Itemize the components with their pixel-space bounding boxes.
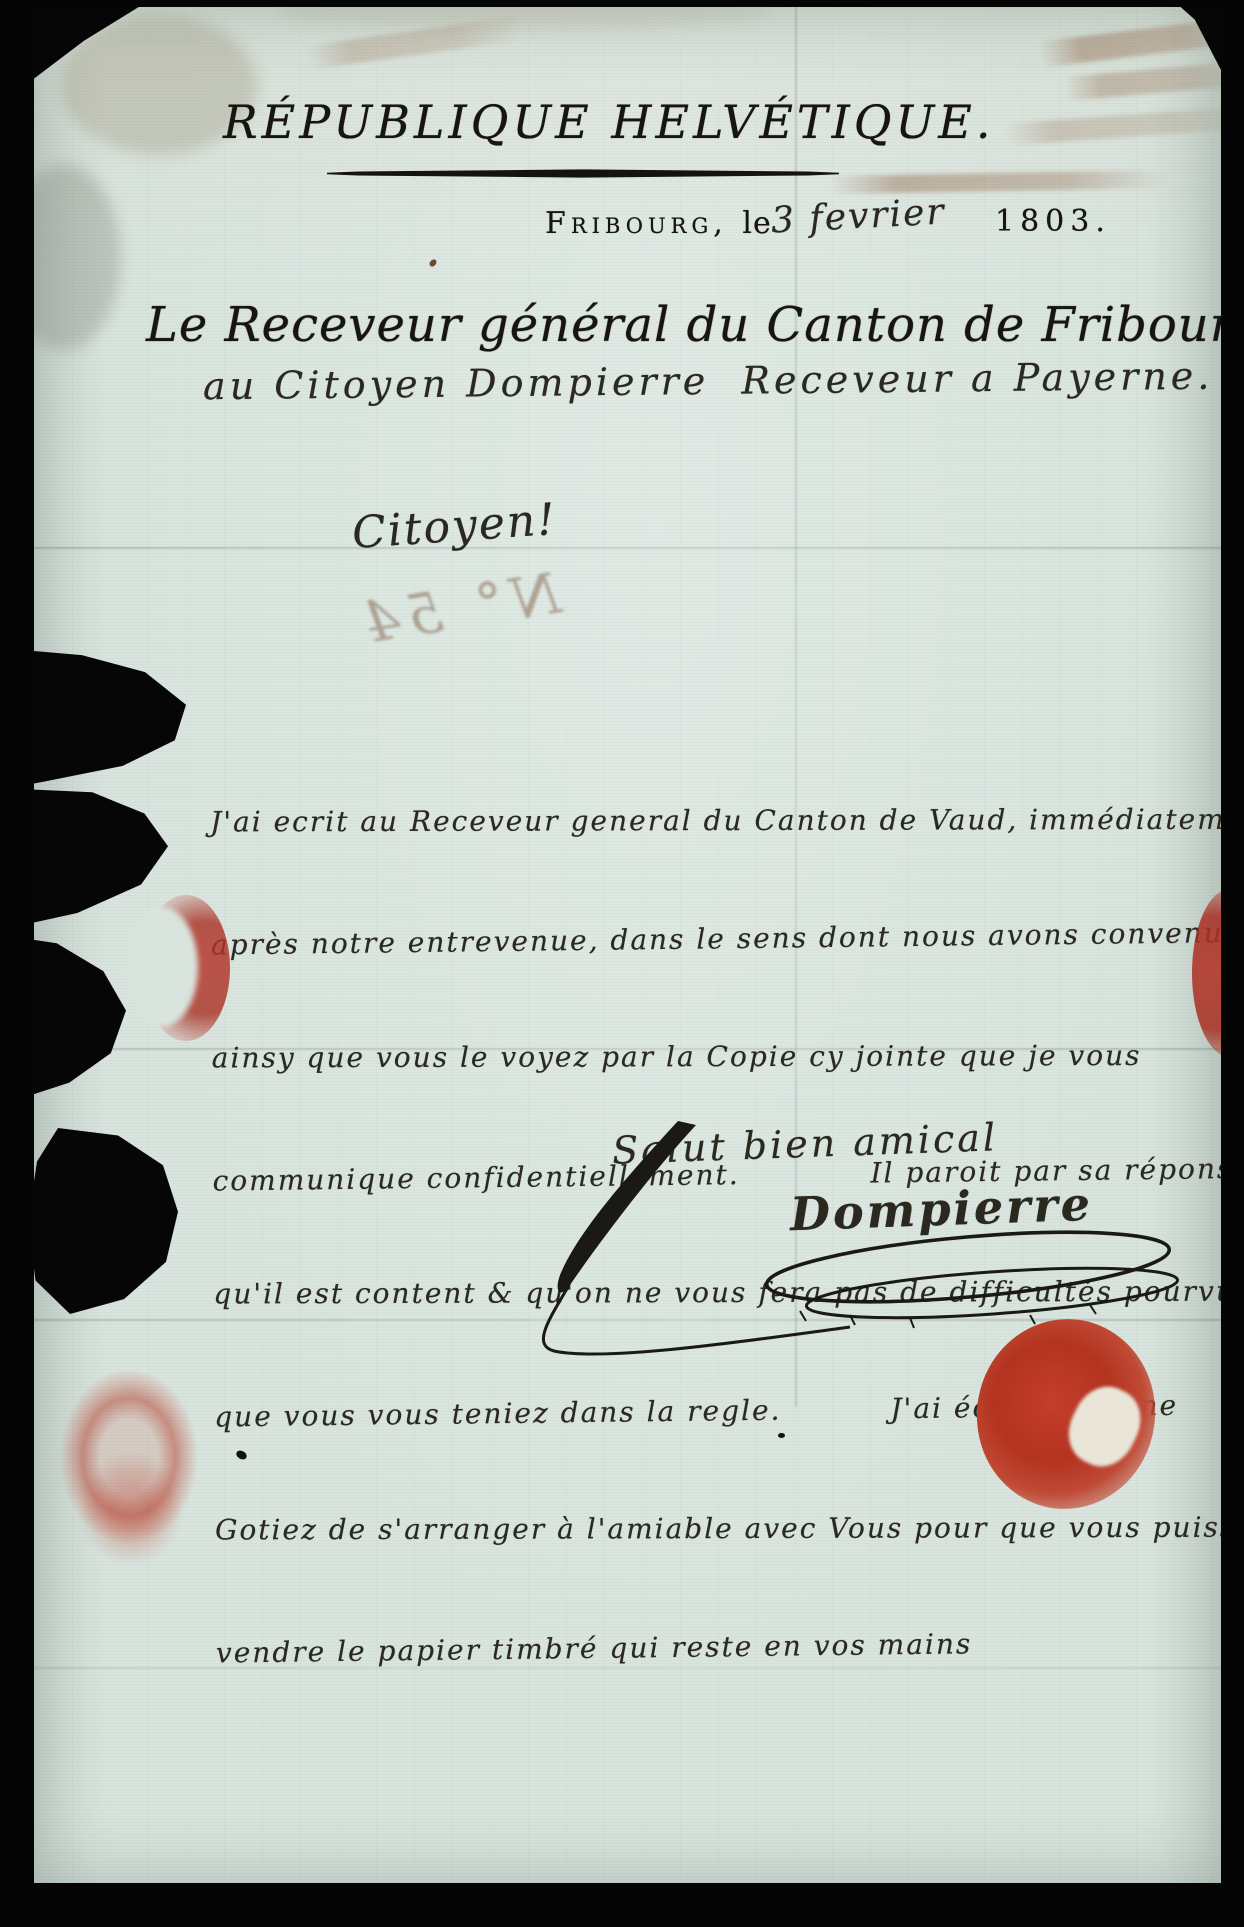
- letterhead-title: RÉPUBLIQUE HELVÉTIQUE.: [223, 95, 993, 149]
- body-line: vendre le papier timbré qui reste en vos…: [216, 1614, 1221, 1679]
- stain-top-edge: [274, 7, 774, 29]
- body-line: ainsy que vous le voyez par la Copie cy …: [212, 1030, 1221, 1085]
- ink-speck-3: [428, 258, 438, 268]
- salutation: Citoyen!: [350, 494, 558, 559]
- tear-left-blob: [34, 1128, 178, 1314]
- seal-paper-gash: [1057, 1376, 1151, 1477]
- letter-paper: N° 54 RÉPUBLIQUE HELVÉTIQUE. Fribourg, l…: [34, 7, 1221, 1883]
- ink-speck-2: [778, 1433, 785, 1438]
- showthrough-smear-dateline: [829, 170, 1169, 194]
- tear-left-1: [34, 648, 186, 790]
- body-line: Gotiez de s'arranger à l'amiable avec Vo…: [215, 1502, 1221, 1557]
- wax-seal-left-edge-bite: [126, 907, 198, 1027]
- address-line: au Citoyen Dompierre Receveur a Payerne.: [203, 354, 1214, 409]
- scanned-letter: N° 54 RÉPUBLIQUE HELVÉTIQUE. Fribourg, l…: [0, 0, 1244, 1927]
- showthrough-stroke-top-right-3: [1004, 106, 1221, 145]
- dateline-year: 1803.: [995, 204, 1111, 239]
- fold-crease-upper: [34, 547, 1221, 549]
- showthrough-stroke-top-right-2: [1063, 61, 1221, 101]
- swelled-rule: [327, 169, 839, 178]
- dateline-handwritten-date: 3 fevrier: [770, 191, 946, 241]
- body-line: après notre entrevenue, dans le sens don…: [211, 906, 1221, 971]
- body-line: J'ai ecrit au Receveur general du Canton…: [210, 794, 1221, 849]
- wax-seal-bottom-left-blotch: [72, 1445, 190, 1573]
- sender-line: Le Receveur général du Canton de Fribour…: [146, 297, 1221, 353]
- ink-showthrough-docket: N° 54: [351, 561, 565, 657]
- tear-left-2: [34, 788, 168, 930]
- dateline-place: Fribourg,: [545, 206, 728, 241]
- dateline: Fribourg, le: [545, 206, 772, 241]
- tear-left-3: [34, 935, 126, 1099]
- showthrough-stroke-top-right-1: [1038, 16, 1221, 67]
- stain-left-margin: [34, 165, 121, 350]
- dateline-le: le: [742, 206, 771, 241]
